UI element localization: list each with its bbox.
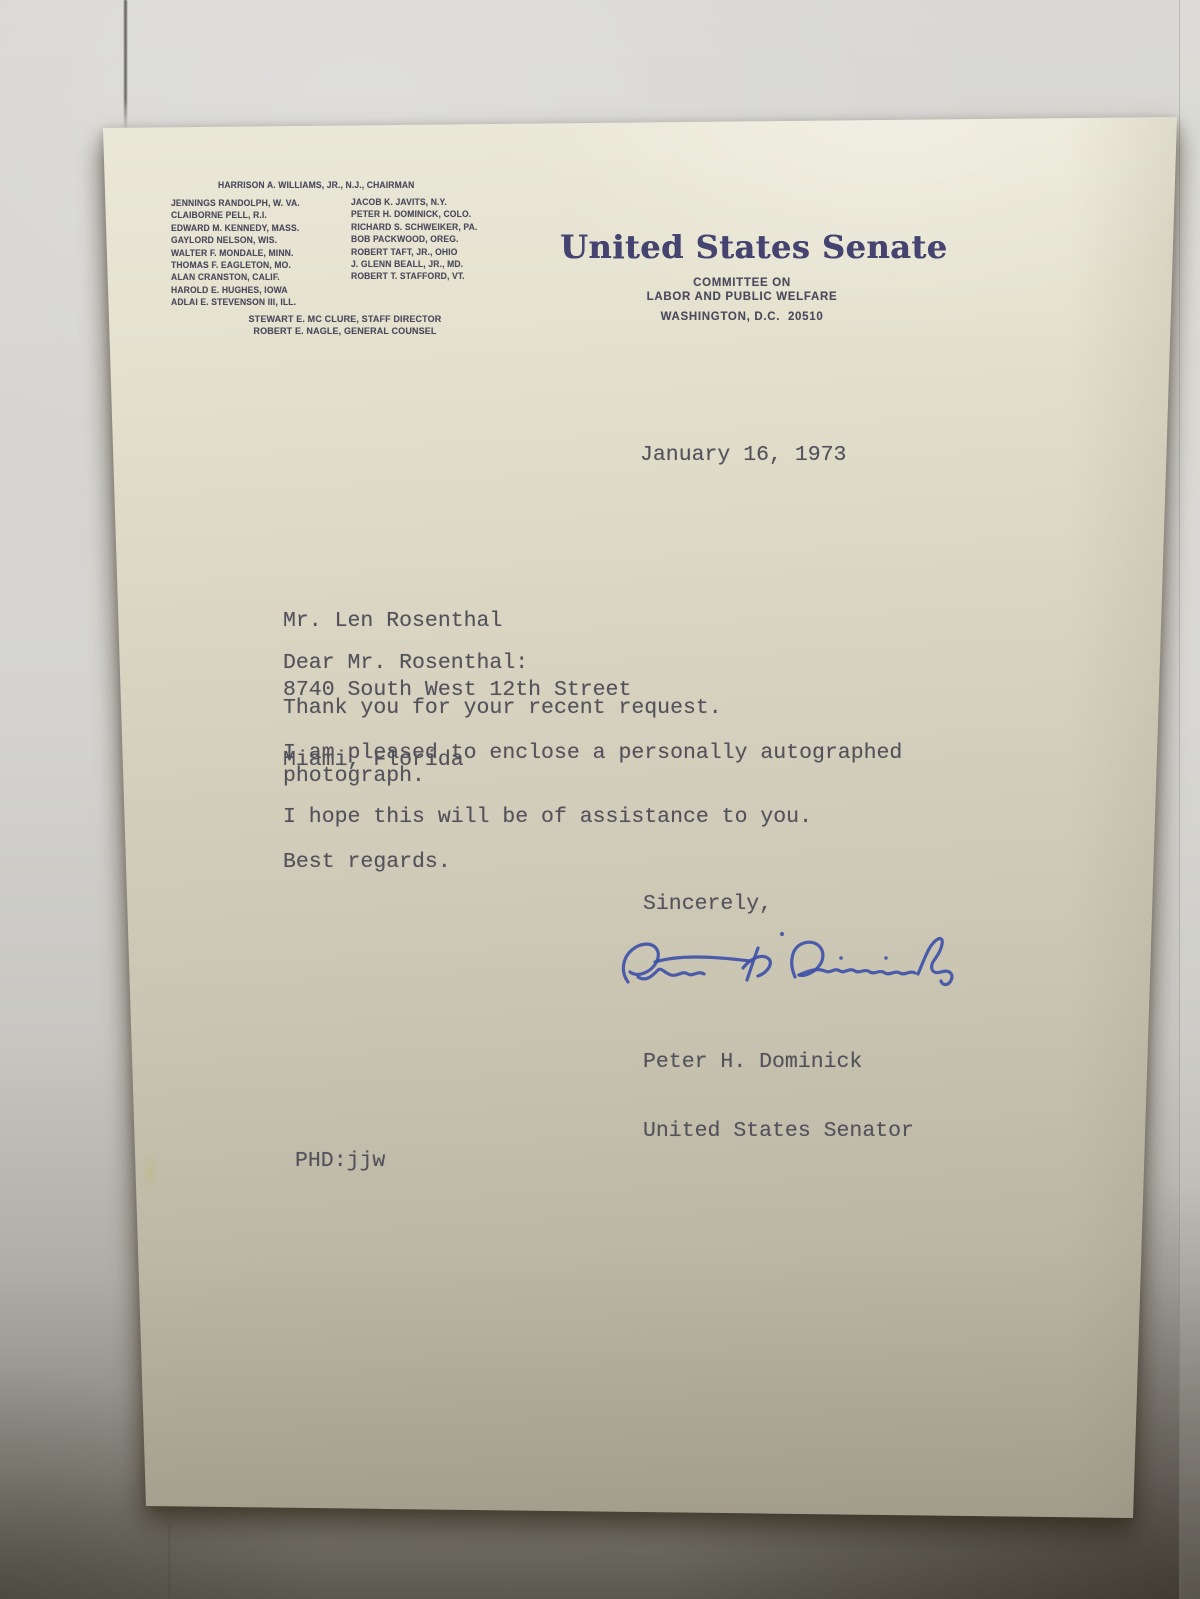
signer-name: Peter H. Dominick <box>643 1051 914 1074</box>
staff-director-line: STEWART E. MC CLURE, STAFF DIRECTOR <box>180 313 510 325</box>
recipient-line: Mr. Len Rosenthal <box>283 610 631 633</box>
member-line: ROBERT T. STAFFORD, VT. <box>351 270 477 282</box>
committee-line-1: COMMITTEE ON <box>560 277 924 289</box>
member-line: WALTER F. MONDALE, MINN. <box>171 247 300 259</box>
member-line: GAYLORD NELSON, WIS. <box>171 234 300 246</box>
letterhead-staff: STEWART E. MC CLURE, STAFF DIRECTOR ROBE… <box>180 313 510 338</box>
member-line: RICHARD S. SCHWEIKER, PA. <box>351 221 477 233</box>
member-line: JACOB K. JAVITS, N.Y. <box>351 196 477 208</box>
salutation: Dear Mr. Rosenthal: <box>283 652 528 675</box>
member-line: PETER H. DOMINICK, COLO. <box>351 208 477 220</box>
photo-scene: HARRISON A. WILLIAMS, JR., N.J., CHAIRMA… <box>0 0 1200 1599</box>
member-line: BOB PACKWOOD, OREG. <box>351 233 477 245</box>
letterhead-members-left: JENNINGS RANDOLPH, W. VA. CLAIBORNE PELL… <box>171 197 300 309</box>
member-line: HAROLD E. HUGHES, IOWA <box>171 284 300 296</box>
member-line: ROBERT TAFT, JR., OHIO <box>351 246 477 258</box>
member-line: JENNINGS RANDOLPH, W. VA. <box>171 197 300 209</box>
signer-block: Peter H. Dominick United States Senator <box>643 1004 914 1190</box>
closing: Sincerely, <box>643 893 772 916</box>
signer-title: United States Senator <box>643 1120 914 1143</box>
member-line: EDWARD M. KENNEDY, MASS. <box>171 222 300 234</box>
body-paragraph-2-line-2: photograph. <box>283 765 425 788</box>
letterhead-members-right: JACOB K. JAVITS, N.Y. PETER H. DOMINICK,… <box>351 196 477 283</box>
body-paragraph-2-line-1: I am pleased to enclose a personally aut… <box>283 742 902 765</box>
letterhead-chairman: HARRISON A. WILLIAMS, JR., N.J., CHAIRMA… <box>218 179 414 191</box>
member-line: ALAN CRANSTON, CALIF. <box>171 271 300 283</box>
general-counsel-line: ROBERT E. NAGLE, GENERAL COUNSEL <box>180 325 510 337</box>
org-title: United States Senate <box>560 228 924 266</box>
letter-content: HARRISON A. WILLIAMS, JR., N.J., CHAIRMA… <box>0 0 1200 1599</box>
letter-date: January 16, 1973 <box>640 444 846 467</box>
org-address: WASHINGTON, D.C. 20510 <box>560 311 924 323</box>
member-line: THOMAS F. EAGLETON, MO. <box>171 259 300 271</box>
committee-line-2: LABOR AND PUBLIC WELFARE <box>560 291 924 303</box>
member-line: ADLAI E. STEVENSON III, ILL. <box>171 296 300 308</box>
member-line: CLAIBORNE PELL, R.I. <box>171 209 300 221</box>
body-paragraph-4: Best regards. <box>283 851 451 874</box>
body-paragraph-3: I hope this will be of assistance to you… <box>283 806 812 829</box>
signature-handwriting <box>598 916 978 1011</box>
member-line: J. GLENN BEALL, JR., MD. <box>351 258 477 270</box>
reference-initials: PHD:jjw <box>295 1150 385 1173</box>
body-paragraph-1: Thank you for your recent request. <box>283 697 722 720</box>
